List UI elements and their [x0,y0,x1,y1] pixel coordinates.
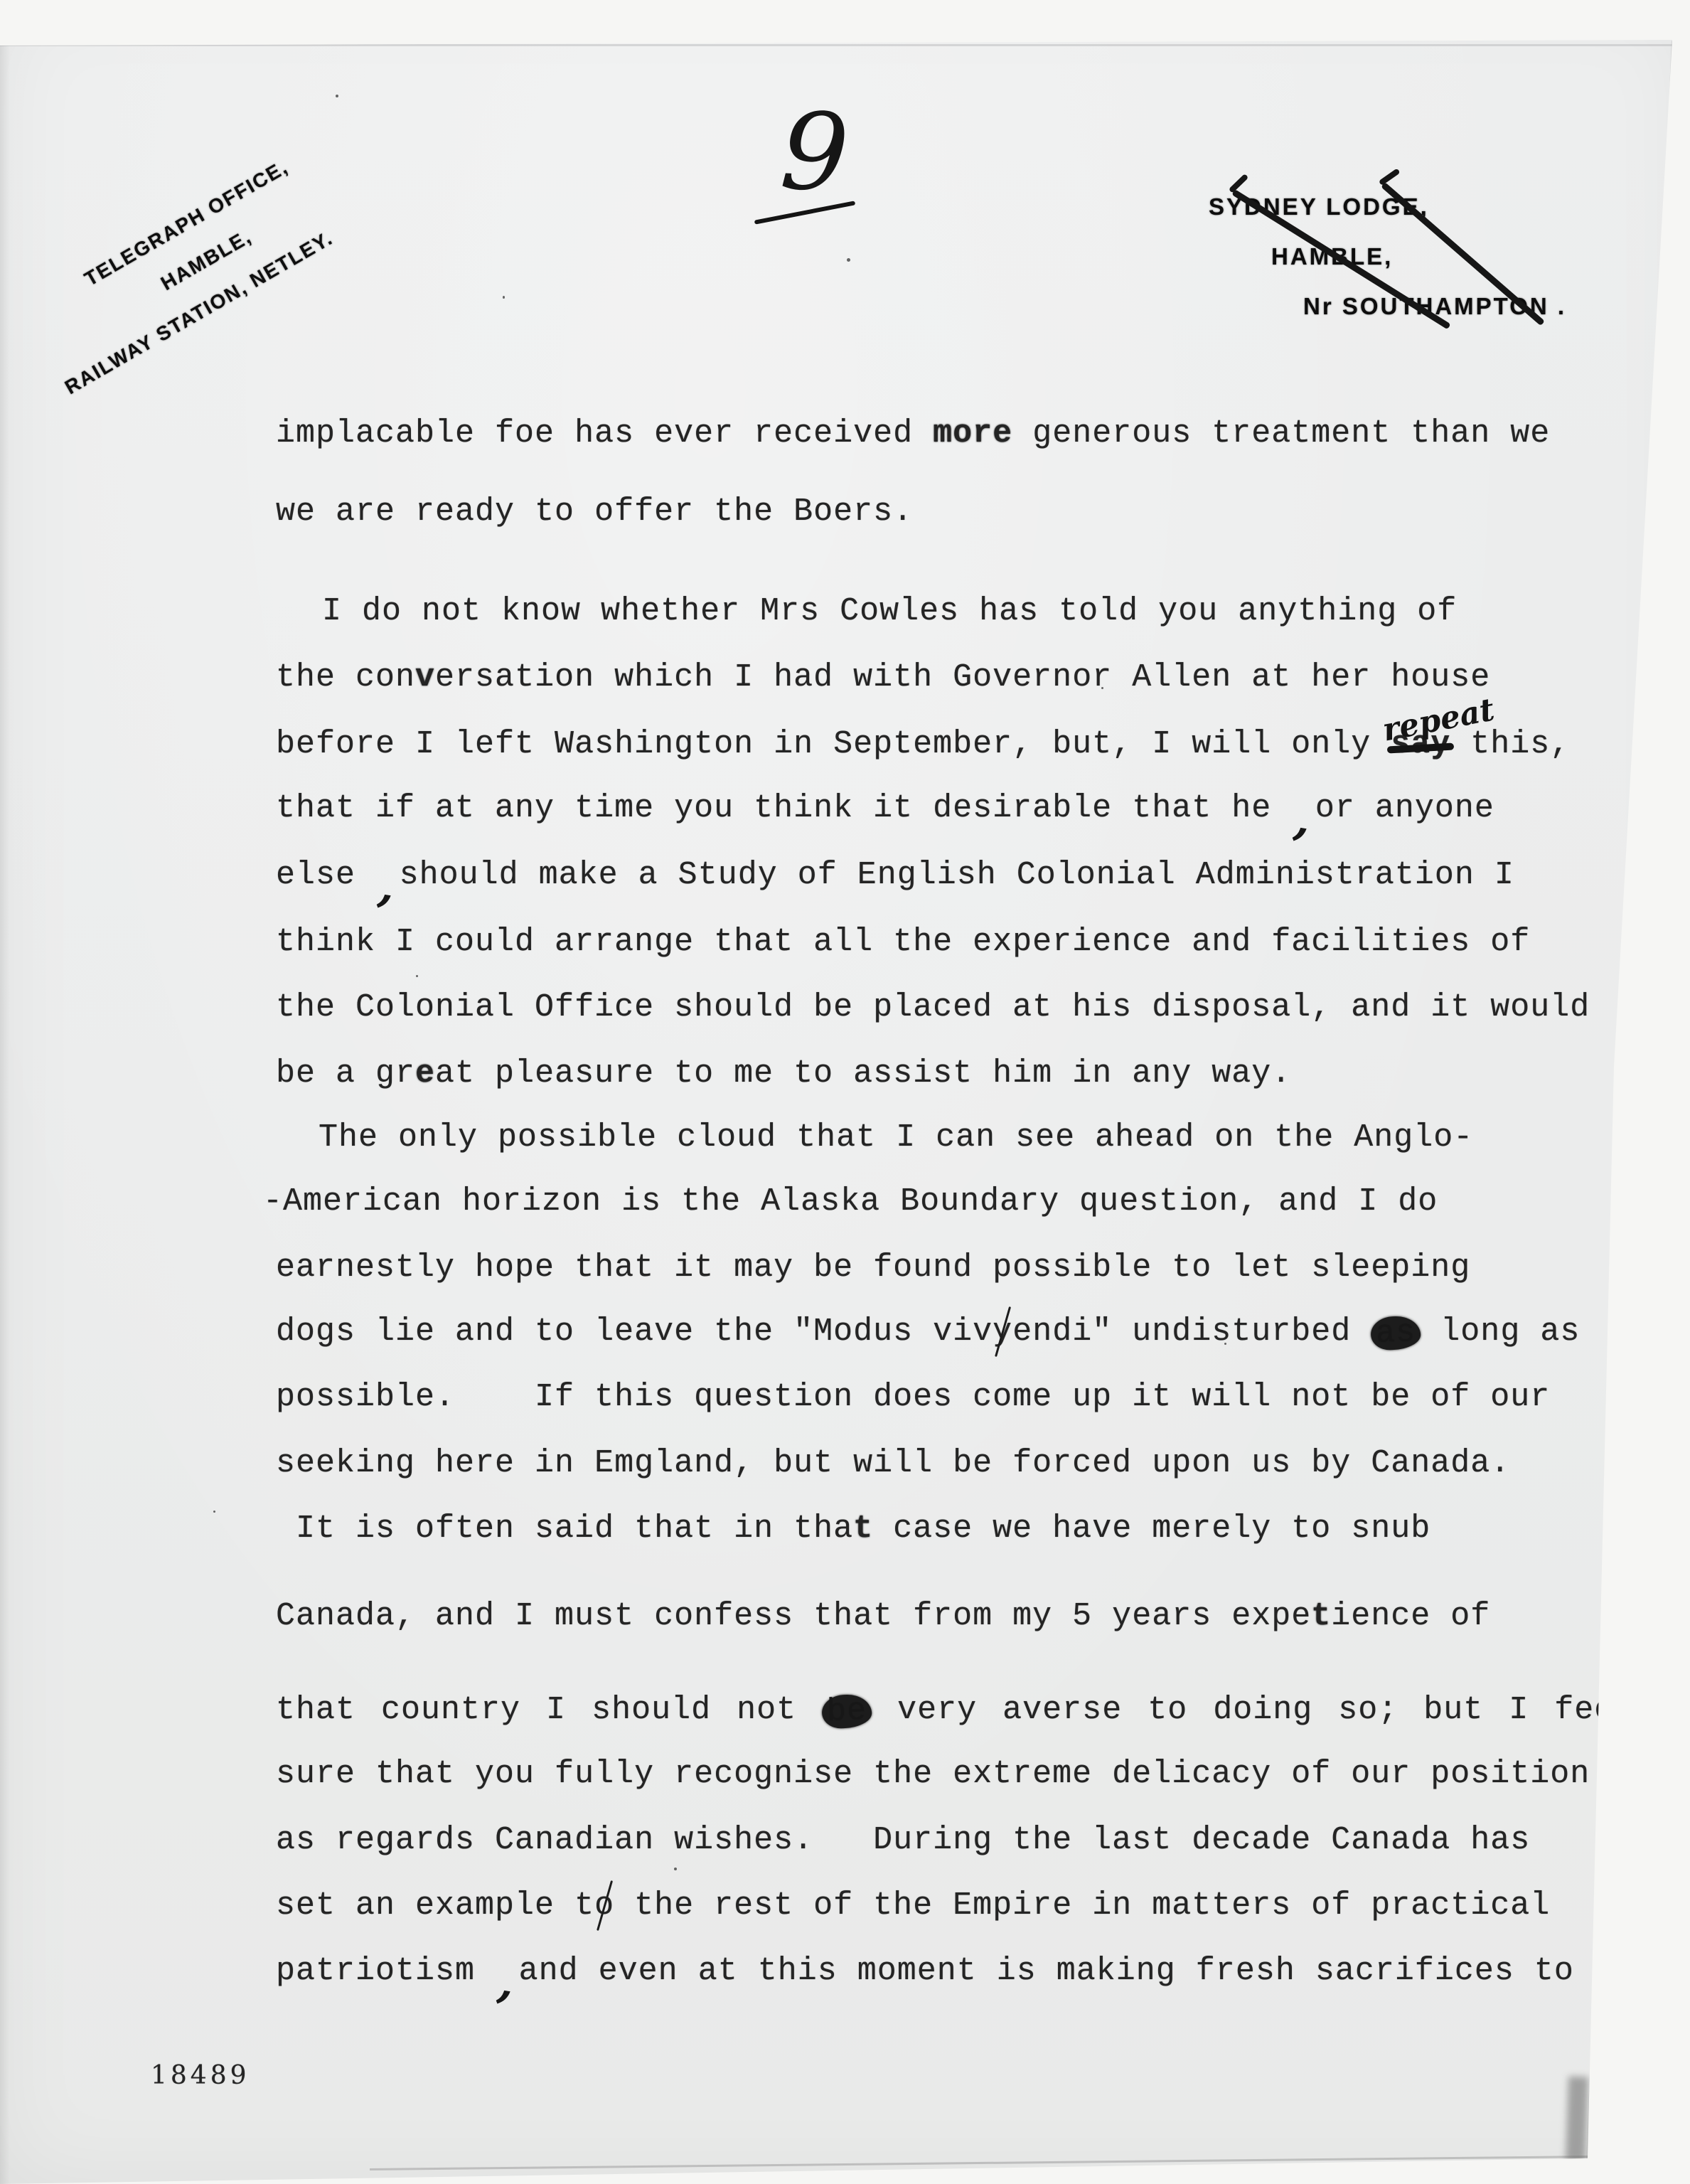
typed-text: case we have merely to snub [873,1511,1430,1547]
typed-text: the Colonial Office should be placed at … [276,989,1590,1026]
typed-text: earnestly hope that it may be found poss… [276,1250,1470,1286]
letter-line: the conversation which I had with Govern… [276,659,1490,697]
paper-speck [213,1511,215,1513]
paper-speck [1101,687,1103,689]
edit-hw-comma: , [1291,818,1315,821]
paper-bottom-edge [370,2156,1593,2170]
edit-heavy: t [853,1511,873,1547]
page-number: 9 [778,98,851,208]
edit-heavy: e [415,1055,435,1092]
typed-text: and even at this moment is making fresh … [519,1953,1574,1989]
edit-slashed: y [993,1313,1012,1351]
letter-line: that if at any time you think it desirab… [276,789,1494,828]
paper-speck [1224,1343,1226,1345]
typed-text: Canada, and I must confess that from my … [276,1598,1311,1634]
typed-text: The only possible cloud that I can see a… [319,1119,1473,1156]
edit-slashed: o [594,1887,614,1925]
typed-text: set an example t [276,1887,594,1924]
footer-document-number: 18489 [151,2061,250,2090]
typed-text: or anyone [1315,790,1494,826]
typed-text: very averse to doing so; but I feel [872,1692,1634,1728]
letter-line: The only possible cloud that I can see a… [319,1119,1473,1157]
edit-struck: sayrepeat [1391,725,1450,764]
letter-line: set an example to the rest of the Empire… [276,1887,1550,1925]
letter-line: implacable foe has ever received more ge… [276,415,1550,453]
paper-right-edge [1586,41,1676,2162]
edit-blot: as [1371,1316,1422,1351]
paper-speck [847,258,850,262]
typed-text: the rest of the Empire in matters of pra… [614,1887,1550,1924]
typed-text: we are ready to offer the Boers. [276,494,913,530]
letter-line: seeking here in Emgland, but will be for… [276,1444,1510,1483]
paper-speck [503,296,505,299]
typed-text: should make a Study of English Colonial … [400,857,1514,893]
letter-line: we are ready to offer the Boers. [276,493,913,531]
letter-line: think I could arrange that all the exper… [276,923,1530,962]
letter-line: as regards Canadian wishes. During the l… [276,1821,1530,1860]
letter-line: Canada, and I must confess that from my … [276,1597,1490,1636]
typed-text: as regards Canadian wishes. During the l… [276,1822,1530,1858]
typed-text: ersation which I had with Governor Allen… [435,659,1490,696]
letter-line: before I left Washington in September, b… [276,725,1570,764]
letter-line: patriotism ,and even at this moment is m… [276,1952,1574,1991]
typed-text: that if at any time you think it desirab… [276,790,1291,826]
letter-line: dogs lie and to leave the "Modus vivyend… [276,1313,1580,1351]
paper-left-edge [0,46,10,2184]
typed-text: ience of [1331,1598,1490,1634]
typed-text: the con [276,659,415,696]
letter-line: sure that you fully recognise the extrem… [276,1755,1590,1794]
paper-speck [674,1868,677,1870]
typed-text: that country I should not [276,1692,822,1728]
letterhead-telegraph: TELEGRAPH OFFICE, HAMBLE, RAILWAY STATIO… [39,146,342,393]
letter-line: that country I should not be very averse… [276,1691,1634,1730]
typed-text: I do not know whether Mrs Cowles has tol… [322,593,1457,629]
letter-line: I do not know whether Mrs Cowles has tol… [322,592,1457,631]
letter-line: possible. If this question does come up … [276,1378,1550,1417]
letter-line: earnestly hope that it may be found poss… [276,1249,1470,1287]
typed-text: sure that you fully recognise the extrem… [276,1756,1590,1792]
letter-line: else ,should make a Study of English Col… [276,856,1514,895]
edit-heavy: more [933,415,1012,452]
letter-line: the Colonial Office should be placed at … [276,989,1590,1027]
letter-line: -American horizon is the Alaska Boundary… [263,1183,1438,1221]
edit-heavy: t [1311,1598,1331,1634]
edit-hw-comma: , [495,1981,518,1984]
typed-text: dogs lie and to leave the "Modus viv [276,1314,993,1350]
typed-text: be a gr [276,1055,415,1092]
paper-speck [416,975,418,977]
typed-text: patriotism [276,1953,495,1989]
typed-text: implacable foe has ever received [276,415,933,452]
paper: TELEGRAPH OFFICE, HAMBLE, RAILWAY STATIO… [0,0,1690,2184]
typed-text: think I could arrange that all the exper… [276,924,1530,960]
letter-line: be a great pleasure to me to assist him … [276,1055,1291,1093]
typed-text: endi" undisturbed [1012,1314,1371,1350]
paper-corner-smudge [1566,2077,1588,2163]
paper-speck [336,95,338,97]
typed-text: else [276,857,375,893]
typed-text: generous treatment than we [1012,415,1550,452]
edit-blot: be [821,1694,872,1729]
edit-hw-comma: , [375,885,399,888]
typed-text: before I left Washington in September, b… [276,726,1391,762]
typed-text: It is often said that in tha [296,1511,853,1547]
typed-text: at pleasure to me to assist him in any w… [435,1055,1291,1092]
paper-top-edge [0,44,1690,46]
typed-text: seeking here in Emgland, but will be for… [276,1445,1510,1481]
letter-line: It is often said that in that case we ha… [296,1510,1430,1548]
edit-heavy: v [415,659,435,696]
typed-text: possible. If this question does come up … [276,1379,1550,1415]
typed-text: -American horizon is the Alaska Boundary… [263,1183,1438,1220]
typed-text: long as [1421,1314,1580,1350]
